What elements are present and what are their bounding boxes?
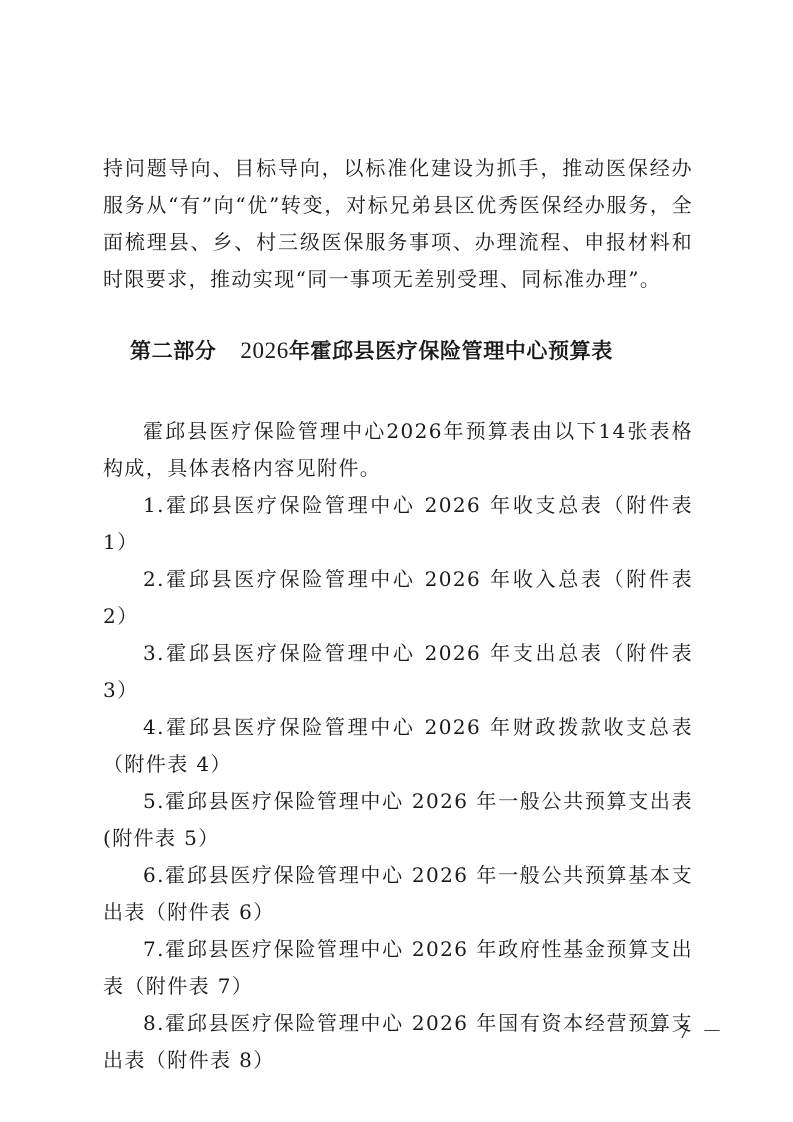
intro-paragraph: 持问题导向、目标导向，以标准化建设为抓手，推动医保经办服务从“有”向“优”转变，… (103, 150, 693, 298)
budget-table-list-block: 霍邱县医疗保险管理中心2026年预算表由以下14张表格构成，具体表格内容见附件。… (103, 413, 693, 1079)
summary-paragraph: 霍邱县医疗保险管理中心2026年预算表由以下14张表格构成，具体表格内容见附件。 (103, 413, 693, 487)
document-page: 持问题导向、目标导向，以标准化建设为抓手，推动医保经办服务从“有”向“优”转变，… (0, 0, 793, 1122)
list-item: 6.霍邱县医疗保险管理中心 2026 年一般公共预算基本支出表（附件表 6） (103, 857, 693, 931)
section-year: 2026 (240, 338, 288, 363)
list-item: 3.霍邱县医疗保险管理中心 2026 年支出总表（附件表 3） (103, 635, 693, 709)
list-item: 8.霍邱县医疗保险管理中心 2026 年国有资本经营预算支出表（附件表 8） (103, 1005, 693, 1079)
section-part-label: 第二部分 (130, 339, 216, 363)
list-item: 2.霍邱县医疗保险管理中心 2026 年收入总表（附件表 2） (103, 561, 693, 635)
list-item: 7.霍邱县医疗保险管理中心 2026 年政府性基金预算支出表（附件表 7） (103, 931, 693, 1005)
section-heading: 第二部分2026年霍邱县医疗保险管理中心预算表 (130, 335, 730, 365)
list-item: 4.霍邱县医疗保险管理中心 2026 年财政拨款收支总表（附件表 4） (103, 709, 693, 783)
list-item: 1.霍邱县医疗保险管理中心 2026 年收支总表（附件表 1） (103, 487, 693, 561)
list-item: 5.霍邱县医疗保险管理中心 2026 年一般公共预算支出表(附件表 5） (103, 783, 693, 857)
page-number: － 7 － (646, 1015, 726, 1044)
section-title-text: 年霍邱县医疗保险管理中心预算表 (289, 339, 613, 363)
